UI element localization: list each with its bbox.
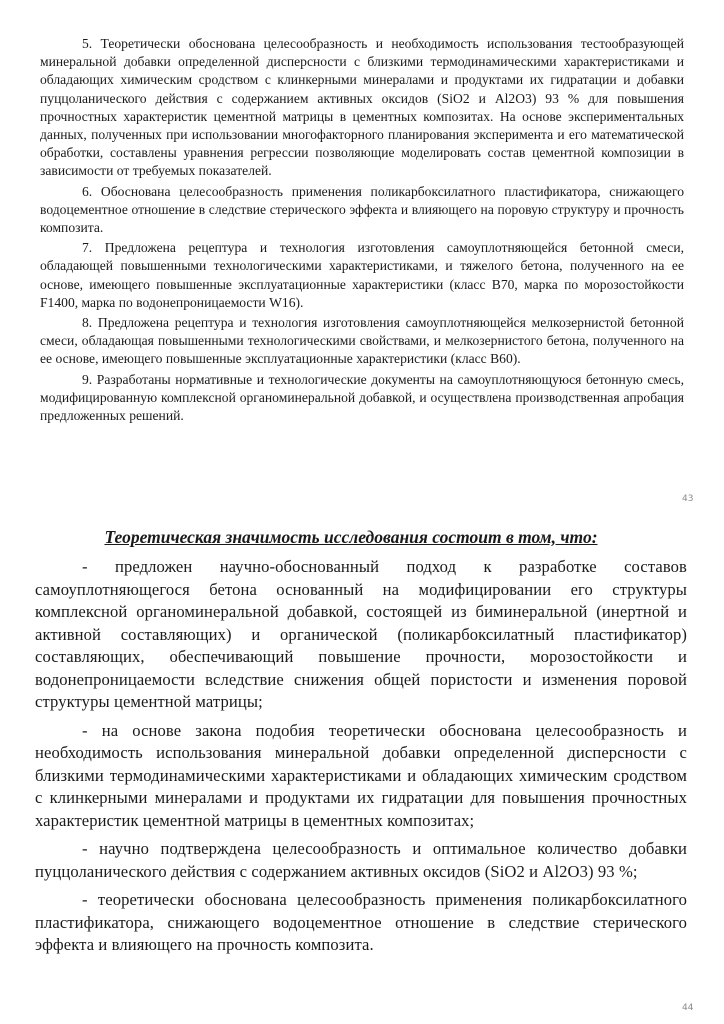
page-43-body: 5. Теоретически обоснована целесообразно… <box>40 35 684 427</box>
page-number-44: 44 <box>682 1003 693 1013</box>
paragraph-item-5: 5. Теоретически обоснована целесообразно… <box>40 35 684 181</box>
bullet-paragraph-4: - теоретически обоснована целесообразнос… <box>35 889 687 957</box>
paragraph-item-9: 9. Разработаны нормативные и технологиче… <box>40 371 684 426</box>
bullet-paragraph-1: - предложен научно-обоснованный подход к… <box>35 556 687 714</box>
paragraph-item-8: 8. Предложена рецептура и технология изг… <box>40 314 684 369</box>
section-title: Теоретическая значимость исследования со… <box>35 526 687 548</box>
bullet-paragraph-3: - научно подтверждена целесообразность и… <box>35 838 687 883</box>
bullet-paragraph-2: - на основе закона подобия теоретически … <box>35 720 687 833</box>
page-44-body: Теоретическая значимость исследования со… <box>35 526 687 963</box>
paragraph-item-7: 7. Предложена рецептура и технология изг… <box>40 239 684 312</box>
paragraph-item-6: 6. Обоснована целесообразность применени… <box>40 183 684 238</box>
page-number-43: 43 <box>682 494 693 504</box>
